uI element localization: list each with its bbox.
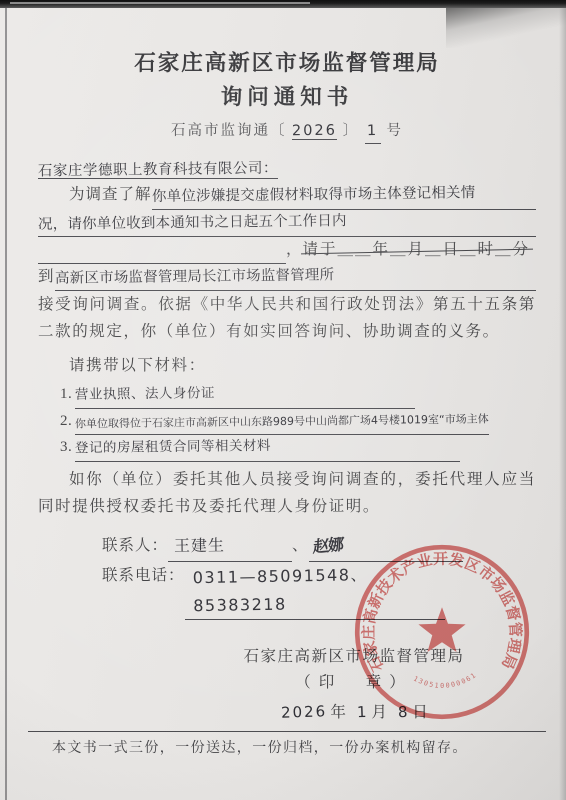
- scan-corner-shadow: [446, 8, 566, 48]
- document-title: 询问通知书: [38, 82, 536, 112]
- body-line-2: 况，请你单位收到本通知书之日起五个工作日内: [38, 210, 536, 238]
- contact-name-1-field: 王建生: [168, 532, 292, 562]
- reason-handwritten-1: 你单位涉嫌提交虚假材料取得市场主体登记相关情: [151, 180, 475, 210]
- item-number: 2.: [60, 409, 72, 436]
- reason-handwritten-2: 况，请你单位收到本通知书之日起五个工作日内: [38, 208, 347, 238]
- intro-printed: 为调查了解: [69, 182, 152, 210]
- addressee-line: 石家庄学德职上教育科技有限公司：: [38, 159, 536, 182]
- contact-name-1-handwritten: 王建生: [174, 531, 225, 560]
- blank-underline: [38, 237, 286, 264]
- item-handwritten: 营业执照、法人身份证: [75, 381, 215, 408]
- scan-edge-right: [559, 8, 566, 800]
- material-item-2: 2. 你单位取得位于石家庄市高新区中山东路989号中山尚都广场4号楼1019室“…: [60, 409, 536, 436]
- docno-suffix: 号: [386, 123, 403, 139]
- body-line-3: ， 请于＿＿年＿月＿日＿时＿分: [38, 237, 536, 264]
- docno-serial-field: 1: [365, 119, 381, 144]
- item-field: 你单位取得位于石家庄市高新区中山东路989号中山尚都广场4号楼1019室“市场主…: [75, 409, 489, 436]
- addressee-field: 石家庄学德职上教育科技有限公司：: [38, 162, 278, 179]
- docno-year-handwritten: 2026: [292, 119, 337, 144]
- place-field: 高新区市场监督管理局长江市场监督管理所: [55, 264, 536, 292]
- footer-divider: [28, 731, 546, 732]
- struck-schedule-text: 请于＿＿年＿月＿日＿时＿分: [303, 237, 531, 264]
- item-field: 登记的房屋租赁合同等相关材料: [75, 435, 460, 462]
- legal-paragraph: 接受询问调查。依据《中华人民共和国行政处罚法》第五十五条第二款的规定，你（单位）…: [38, 291, 536, 345]
- contact-label: 联系人：: [102, 532, 168, 562]
- docno-serial-handwritten: 1: [367, 119, 379, 143]
- contact-name-2-signature: 赵娜: [311, 530, 343, 561]
- body-line-1: 为调查了解 你单位涉嫌提交虚假材料取得市场主体登记相关情: [38, 182, 536, 210]
- official-red-seal: 石家庄高新技术产业开发区市场监督管理局 1305100000619: [350, 540, 534, 724]
- delegate-note: 如你（单位）委托其他人员接受询问调查的，委托代理人应当同时提供授权委托书及委托代…: [38, 466, 536, 520]
- materials-intro: 请携带以下材料：: [38, 352, 536, 379]
- addressee-handwritten: 石家庄学德职上教育科技有限公司：: [38, 158, 278, 184]
- place-handwritten: 高新区市场监督管理局长江市场监督管理所: [54, 262, 334, 292]
- to-label: 到: [38, 264, 55, 292]
- material-item-3: 3. 登记的房屋租赁合同等相关材料: [60, 435, 536, 462]
- item-number: 3.: [60, 435, 72, 462]
- item-field: 营业执照、法人身份证: [75, 382, 415, 409]
- contact-separator: 、: [292, 532, 309, 562]
- body-line-4: 到 高新区市场监督管理局长江市场监督管理所: [38, 264, 536, 292]
- reason-field-2: 况，请你单位收到本通知书之日起五个工作日内: [38, 210, 536, 238]
- scanned-notice-page: 石家庄高新区市场监督管理局 询问通知书 石高市监询通〔 2026 〕 1 号 石…: [0, 0, 566, 800]
- date-year-handwritten: 2026: [281, 698, 328, 726]
- docno-prefix: 石高市监询通〔: [171, 123, 287, 139]
- item-number: 1.: [60, 382, 72, 409]
- docno-close-bracket: 〕: [343, 123, 360, 139]
- scan-edge-left: [5, 8, 7, 800]
- comma-printed: ，: [286, 237, 303, 264]
- footer-note: 本文书一式三份，一份送达，一份归档，一份办案机构留存。: [38, 737, 536, 757]
- seal-star-icon: [418, 607, 465, 652]
- agency-title: 石家庄高新区市场监督管理局: [38, 48, 536, 78]
- year-label: 年: [330, 704, 348, 721]
- scan-edge-top: [0, 0, 566, 8]
- phone-label: 联系电话：: [102, 562, 185, 620]
- material-item-1: 1. 营业执照、法人身份证: [60, 382, 536, 409]
- item-handwritten: 登记的房屋租赁合同等相关材料: [75, 434, 271, 462]
- item-handwritten: 你单位取得位于石家庄市高新区中山东路989号中山尚都广场4号楼1019室“市场主…: [75, 406, 489, 437]
- document-number: 石高市监询通〔 2026 〕 1 号: [38, 119, 536, 144]
- reason-field-1: 你单位涉嫌提交虚假材料取得市场主体登记相关情: [152, 182, 536, 210]
- docno-year-field: 2026: [292, 123, 337, 140]
